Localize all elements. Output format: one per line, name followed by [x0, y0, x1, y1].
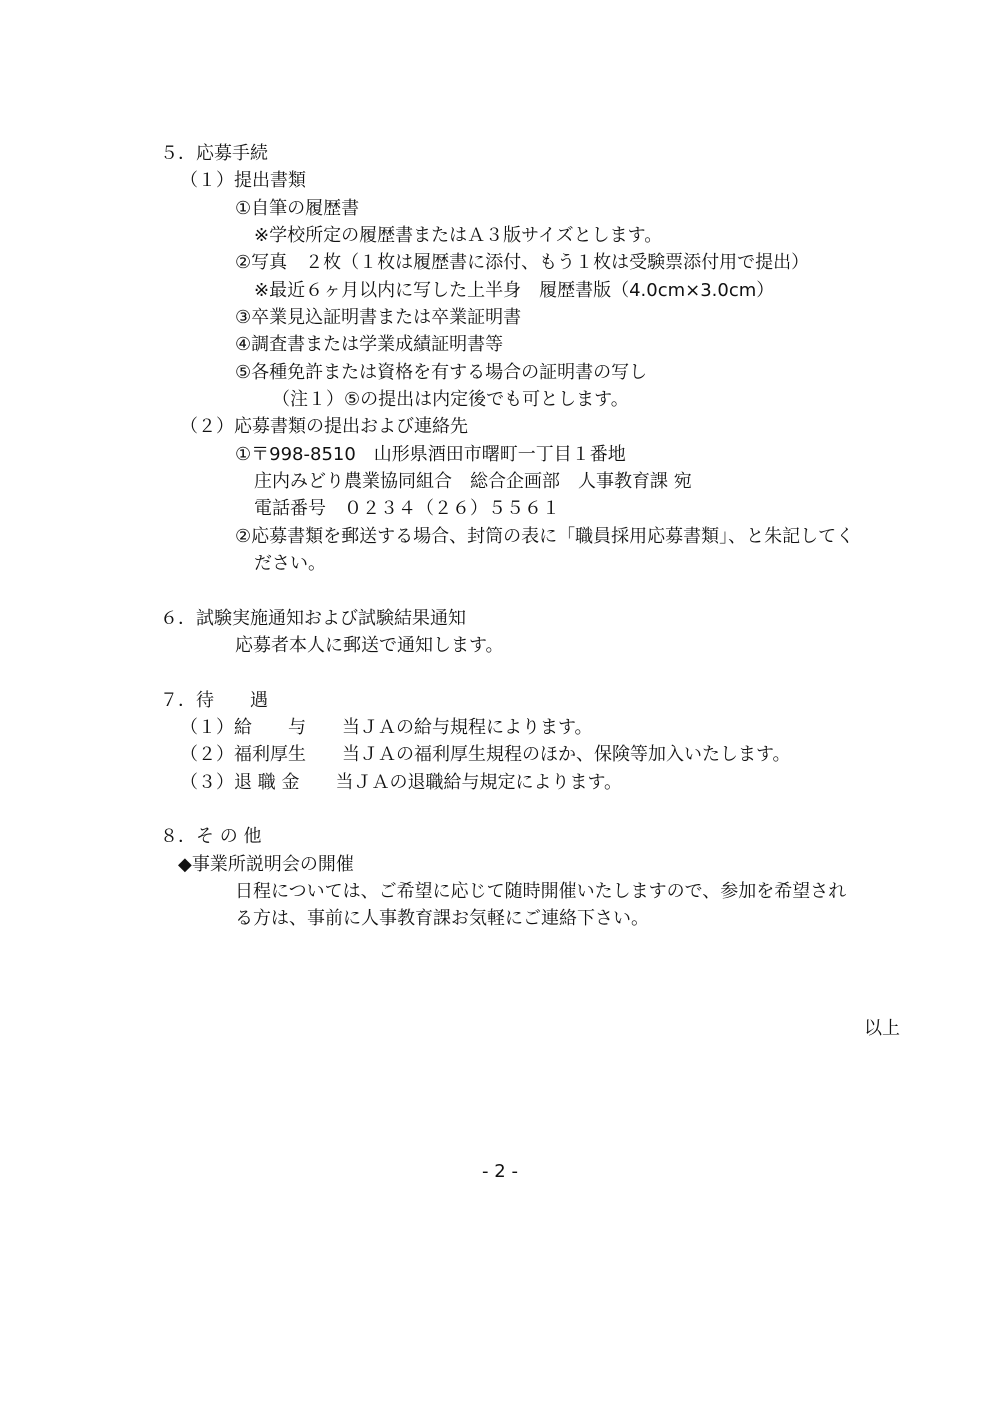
benefit-retirement: （３）退 職 金 当ＪＡの退職給与規定によります。 [180, 772, 622, 794]
item-resume-note: ※学校所定の履歴書またはＡ３版サイズとします。 [254, 225, 662, 247]
closing-mark: 以上 [700, 1018, 900, 1040]
item-license-note: （注１）⑤の提出は内定後でも可とします。 [272, 389, 629, 411]
item-transcript: ④調査書または学業成績証明書等 [235, 334, 503, 356]
section-5-2-heading: （２）応募書類の提出および連絡先 [180, 416, 468, 438]
address-line-2: 庄内みどり農業協同組合 総合企画部 人事教育課 宛 [254, 471, 692, 493]
section-5-heading: ５．応募手続 [160, 143, 268, 165]
phone-number: 電話番号 ０２３４（２６）５５６１ [254, 498, 560, 520]
benefit-welfare: （２）福利厚生 当ＪＡの福利厚生規程のほか、保険等加入いたします。 [180, 744, 791, 766]
section-8-heading: ８．そ の 他 [160, 826, 261, 848]
section-7-heading: ７．待 遇 [160, 690, 268, 712]
item-photo-note: ※最近６ヶ月以内に写した上半身 履歴書版（4.0cm×3.0cm） [254, 280, 774, 302]
item-graduation-certificate: ③卒業見込証明書または卒業証明書 [235, 307, 521, 329]
address-line-1: ①〒998-8510 山形県酒田市曙町一丁目１番地 [235, 444, 626, 466]
section-6-heading: ６．試験実施通知および試験結果通知 [160, 608, 466, 630]
page-number: - 2 - [400, 1161, 600, 1183]
section-8-body-line-1: 日程については、ご希望に応じて随時開催いたしますので、参加を希望され [235, 881, 846, 903]
mail-note-line-1: ②応募書類を郵送する場合、封筒の表に「職員採用応募書類」、と朱記してく [235, 526, 854, 548]
document-page: ５．応募手続 （１）提出書類 ①自筆の履歴書 ※学校所定の履歴書またはＡ３版サイ… [0, 0, 1000, 1414]
item-photo: ②写真 ２枚（１枚は履歴書に添付、もう１枚は受験票添付用で提出） [235, 252, 809, 274]
section-8-subheading: ◆事業所説明会の開催 [178, 854, 354, 876]
section-8-body-line-2: る方は、事前に人事教育課お気軽にご連絡下さい。 [235, 908, 649, 930]
item-license-copy: ⑤各種免許または資格を有する場合の証明書の写し [235, 362, 647, 384]
item-resume: ①自筆の履歴書 [235, 198, 359, 220]
section-6-body: 応募者本人に郵送で通知します。 [235, 635, 504, 657]
benefit-salary: （１）給 与 当ＪＡの給与規程によります。 [180, 717, 593, 739]
section-5-1-heading: （１）提出書類 [180, 170, 306, 192]
mail-note-line-2: ださい。 [254, 553, 326, 575]
